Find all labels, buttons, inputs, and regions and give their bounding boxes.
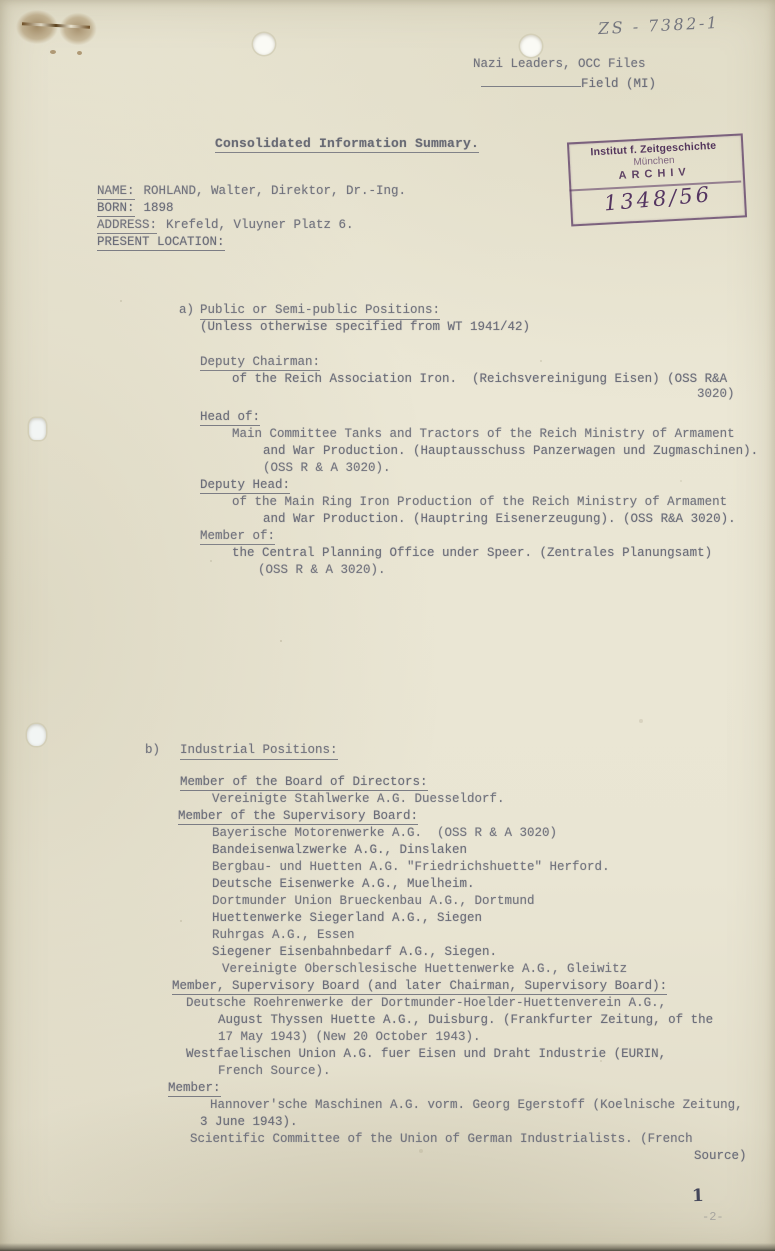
text-line: Source) xyxy=(694,1149,747,1164)
paper-specks xyxy=(120,300,122,302)
text-line: Hannover'sche Maschinen A.G. vorm. Georg… xyxy=(210,1098,743,1113)
line-text: (OSS R & A 3020). xyxy=(263,461,391,475)
scan-bottom-edge xyxy=(0,1243,775,1251)
line-text: Hannover'sche Maschinen A.G. vorm. Georg… xyxy=(210,1098,743,1112)
text-line: Deutsche Eisenwerke A.G., Muelheim. xyxy=(212,877,475,892)
info-value: ROHLAND, Walter, Direktor, Dr.-Ing. xyxy=(144,184,407,198)
info-label: BORN: xyxy=(97,201,135,217)
line-text: 3020) xyxy=(697,387,735,401)
text-line: 17 May 1943) (New 20 October 1943). xyxy=(218,1030,481,1045)
archive-number-note: ZS - 7382-1 xyxy=(598,13,720,38)
text-line: 3020) xyxy=(697,387,735,402)
line-text: Vereinigte Stahlwerke A.G. Duesseldorf. xyxy=(212,792,505,806)
line-text: Siegener Eisenbahnbedarf A.G., Siegen. xyxy=(212,945,497,959)
info-row: BORN:1898 xyxy=(97,201,174,216)
line-text: Head of: xyxy=(200,410,260,426)
line-text: 3 June 1943). xyxy=(200,1115,298,1129)
text-line: Dortmunder Union Brueckenbau A.G., Dortm… xyxy=(212,894,535,909)
text-line: Huettenwerke Siegerland A.G., Siegen xyxy=(212,911,482,926)
line-text: Member of the Supervisory Board: xyxy=(178,809,418,825)
line-text: Deutsche Roehrenwerke der Dortmunder-Hoe… xyxy=(186,996,666,1010)
text-line: Siegener Eisenbahnbedarf A.G., Siegen. xyxy=(212,945,497,960)
text-line: the Central Planning Office under Speer.… xyxy=(232,546,712,561)
subheading-line: Head of: xyxy=(200,410,260,425)
section-marker: b) xyxy=(145,743,160,758)
line-text: August Thyssen Huette A.G., Duisburg. (F… xyxy=(218,1013,713,1027)
info-label: PRESENT LOCATION: xyxy=(97,235,225,251)
line-text: Member of: xyxy=(200,529,275,545)
line-text: Deputy Chairman: xyxy=(200,355,320,371)
text-line: (OSS R & A 3020). xyxy=(263,461,391,476)
info-row: PRESENT LOCATION: xyxy=(97,235,234,250)
staple-rust-stain xyxy=(54,8,102,50)
line-text: Westfaelischen Union A.G. fuer Eisen und… xyxy=(186,1047,666,1061)
line-text: (OSS R & A 3020). xyxy=(258,563,386,577)
file-header-field: Field (MI) xyxy=(581,77,656,91)
text-line: Ruhrgas A.G., Essen xyxy=(212,928,355,943)
line-text: the Central Planning Office under Speer.… xyxy=(232,546,712,560)
info-label: ADDRESS: xyxy=(97,218,157,234)
text-line: August Thyssen Huette A.G., Duisburg. (F… xyxy=(218,1013,713,1028)
punch-hole-top-left xyxy=(253,33,275,55)
line-text: and War Production. (Hauptausschuss Panz… xyxy=(263,444,758,458)
info-label: NAME: xyxy=(97,184,135,200)
line-text: Deputy Head: xyxy=(200,478,290,494)
text-line: Westfaelischen Union A.G. fuer Eisen und… xyxy=(186,1047,666,1062)
text-line: Bayerische Motorenwerke A.G. (OSS R & A … xyxy=(212,826,557,841)
text-line: (Unless otherwise specified from WT 1941… xyxy=(200,320,530,335)
info-row: ADDRESS:Krefeld, Vluyner Platz 6. xyxy=(97,218,354,233)
subheading-line: Deputy Chairman: xyxy=(200,355,320,370)
file-header-line1: Nazi Leaders, OCC Files xyxy=(473,57,646,72)
blank-underline xyxy=(481,75,581,87)
line-text: Source) xyxy=(694,1149,747,1163)
line-text: 17 May 1943) (New 20 October 1943). xyxy=(218,1030,481,1044)
text-line: of the Reich Association Iron. (Reichsve… xyxy=(232,372,727,387)
rust-dot xyxy=(50,50,56,54)
line-text: Huettenwerke Siegerland A.G., Siegen xyxy=(212,911,482,925)
text-line: Scientific Committee of the Union of Ger… xyxy=(190,1132,693,1147)
text-line: (OSS R & A 3020). xyxy=(258,563,386,578)
subheading-line: Deputy Head: xyxy=(200,478,290,493)
section-marker: a) xyxy=(179,303,194,318)
text-line: Deutsche Roehrenwerke der Dortmunder-Hoe… xyxy=(186,996,666,1011)
line-text: (Unless otherwise specified from WT 1941… xyxy=(200,320,530,334)
punch-hole-left-upper xyxy=(29,418,46,440)
section-heading: Public or Semi-public Positions: xyxy=(200,303,440,320)
line-text: Main Committee Tanks and Tractors of the… xyxy=(232,427,735,441)
line-text: and War Production. (Hauptring Eisenerze… xyxy=(263,512,736,526)
text-line: Vereinigte Oberschlesische Huettenwerke … xyxy=(222,962,627,977)
page-title: Consolidated Information Summary. xyxy=(215,136,479,151)
line-text: Scientific Committee of the Union of Ger… xyxy=(190,1132,693,1146)
text-line: Vereinigte Stahlwerke A.G. Duesseldorf. xyxy=(212,792,505,807)
text-line: 3 June 1943). xyxy=(200,1115,298,1130)
page-number-typed: -2- xyxy=(702,1210,724,1224)
subheading-line: Member of: xyxy=(200,529,275,544)
text-line: Bergbau- und Huetten A.G. "Friedrichshue… xyxy=(212,860,610,875)
info-row: NAME:ROHLAND, Walter, Direktor, Dr.-Ing. xyxy=(97,184,406,199)
info-value: 1898 xyxy=(144,201,174,215)
text-line: and War Production. (Hauptring Eisenerze… xyxy=(263,512,736,527)
line-text: French Source). xyxy=(218,1064,331,1078)
line-text: Ruhrgas A.G., Essen xyxy=(212,928,355,942)
line-text: Vereinigte Oberschlesische Huettenwerke … xyxy=(222,962,627,976)
subheading-line: Member: xyxy=(168,1081,221,1096)
text-line: Bandeisenwalzwerke A.G., Dinslaken xyxy=(212,843,467,858)
document-page: ZS - 7382-1 Nazi Leaders, OCC Files Fiel… xyxy=(0,0,775,1251)
subheading-line: Member of the Supervisory Board: xyxy=(178,809,418,824)
line-text: Member of the Board of Directors: xyxy=(180,775,428,791)
subheading-line: Member, Supervisory Board (and later Cha… xyxy=(172,979,667,994)
line-text: Deutsche Eisenwerke A.G., Muelheim. xyxy=(212,877,475,891)
section-heading: Industrial Positions: xyxy=(180,743,338,760)
line-text: Member, Supervisory Board (and later Cha… xyxy=(172,979,667,995)
file-header-line2: Field (MI) xyxy=(481,75,656,92)
page-number-handwritten: 1 xyxy=(692,1186,705,1206)
text-line: and War Production. (Hauptausschuss Panz… xyxy=(263,444,758,459)
punch-hole-top-right xyxy=(520,35,542,57)
punch-hole-left-lower xyxy=(27,724,46,746)
subheading-line: Member of the Board of Directors: xyxy=(180,775,428,790)
archive-stamp: Institut f. Zeitgeschichte München ARCHI… xyxy=(567,134,743,227)
text-line: of the Main Ring Iron Production of the … xyxy=(232,495,727,510)
rust-dot xyxy=(77,51,82,55)
line-text: Bergbau- und Huetten A.G. "Friedrichshue… xyxy=(212,860,610,874)
line-text: Dortmunder Union Brueckenbau A.G., Dortm… xyxy=(212,894,535,908)
line-text: of the Main Ring Iron Production of the … xyxy=(232,495,727,509)
text-line: Main Committee Tanks and Tractors of the… xyxy=(232,427,735,442)
info-value: Krefeld, Vluyner Platz 6. xyxy=(166,218,354,232)
line-text: Member: xyxy=(168,1081,221,1097)
line-text: Bayerische Motorenwerke A.G. (OSS R & A … xyxy=(212,826,557,840)
line-text: of the Reich Association Iron. (Reichsve… xyxy=(232,372,727,386)
text-line: French Source). xyxy=(218,1064,331,1079)
line-text: Bandeisenwalzwerke A.G., Dinslaken xyxy=(212,843,467,857)
